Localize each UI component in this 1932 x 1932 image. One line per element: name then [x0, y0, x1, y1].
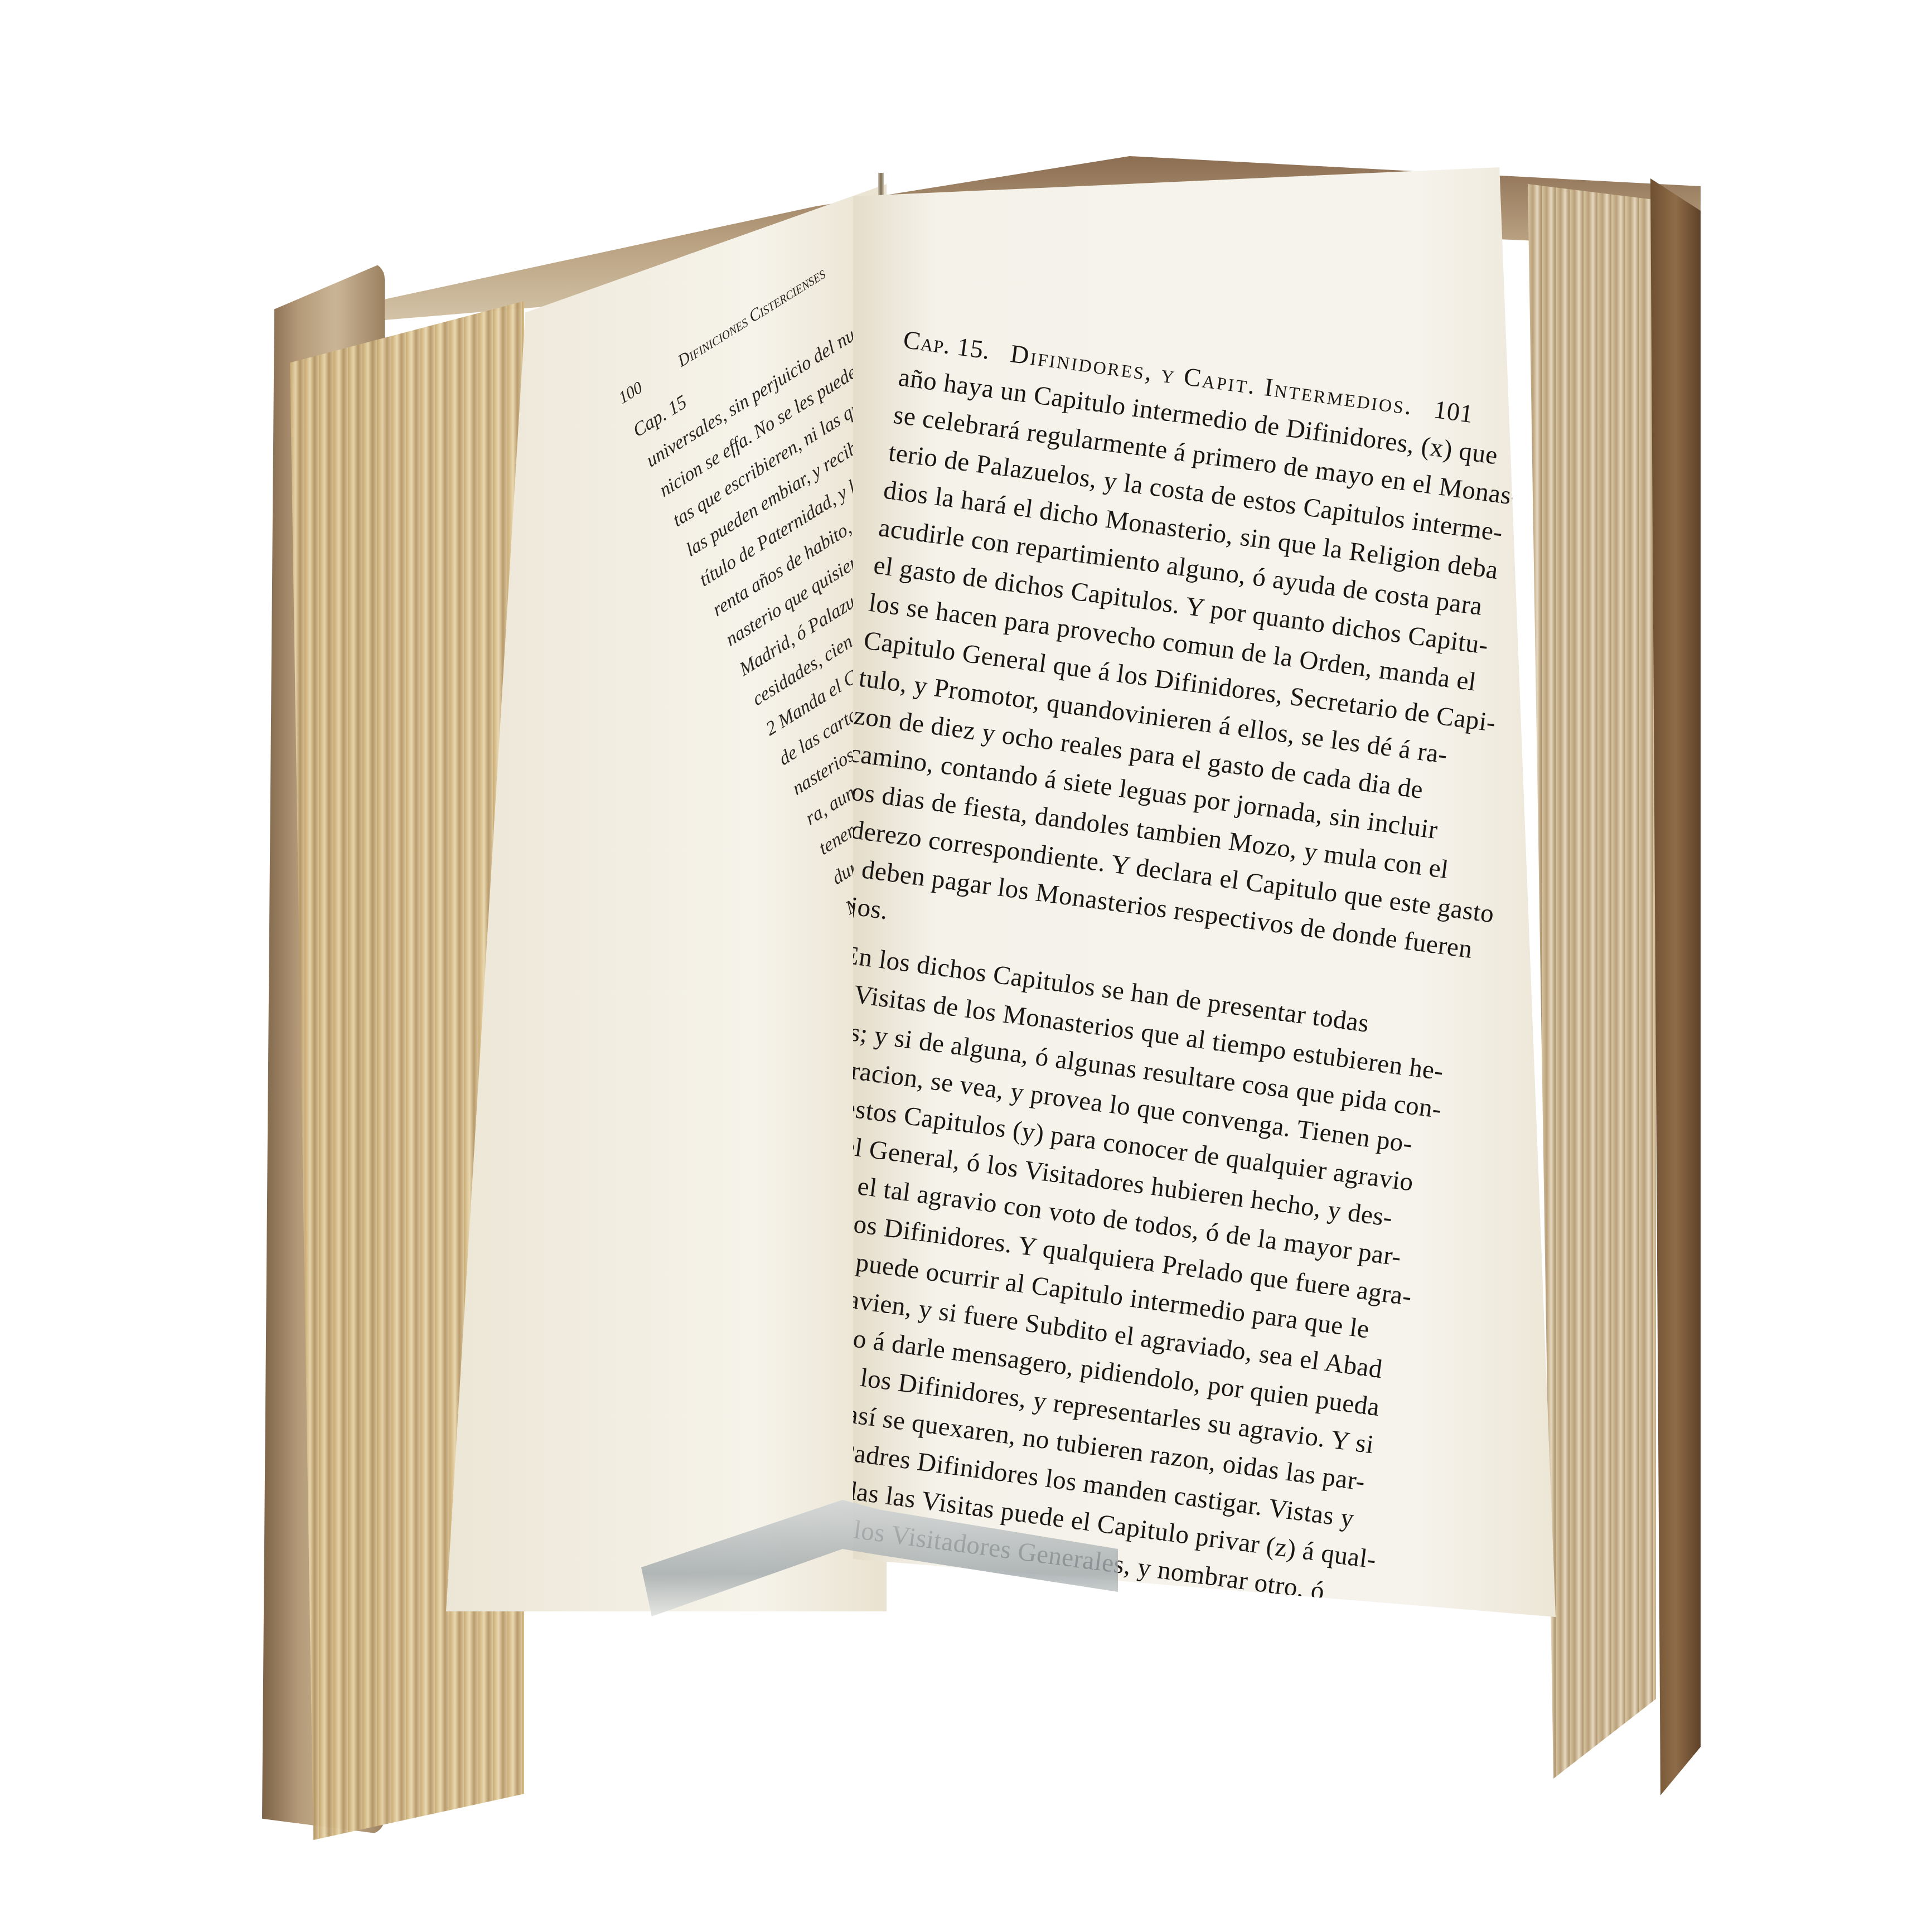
right-page-text: Cap. 15. Difinidores, y Capit. Intermedi… [853, 321, 1475, 1617]
book-photo: 100 Difiniciones Cistercienses Cap. 15 u… [0, 0, 1932, 1932]
book-cover-right [1650, 178, 1701, 1795]
right-page: Cap. 15. Difinidores, y Capit. Intermedi… [853, 167, 1556, 1617]
footnotes: (x) Tom.3.p.2.n.3. (y) Tom.3.p.2.n.3. (z… [853, 1587, 1309, 1617]
left-page-text: 100 Difiniciones Cistercienses Cap. 15 u… [613, 184, 887, 1522]
right-page-number: 101 [1431, 390, 1475, 433]
